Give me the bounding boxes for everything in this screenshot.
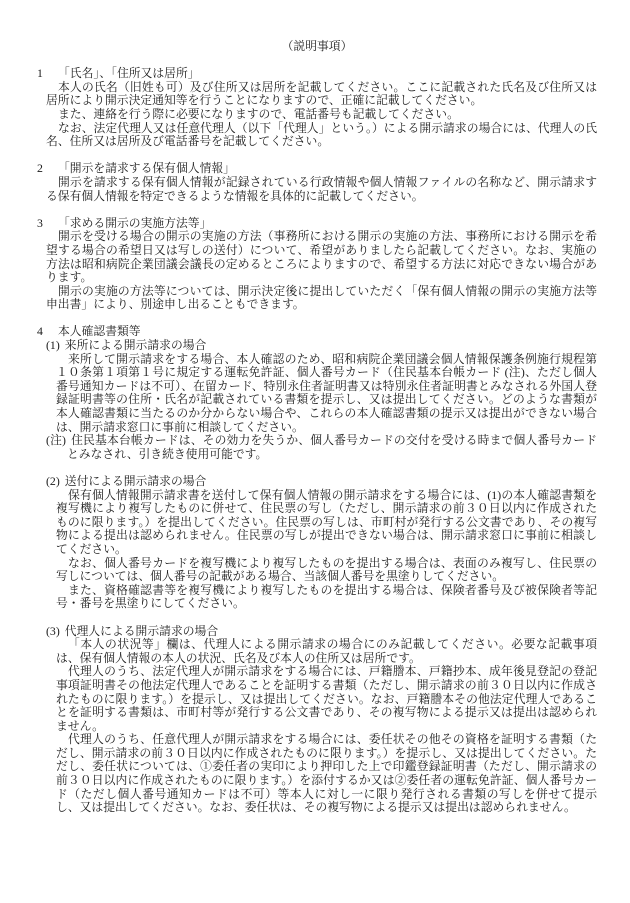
note: (注)住民基本台帳カードは、その効力を失うか、個人番号カードの交付を受ける時まで… bbox=[46, 434, 597, 461]
section-number: 4 bbox=[37, 325, 58, 339]
section-heading-text: 「開示を請求する保有個人情報」 bbox=[58, 161, 235, 175]
section-heading-text: 「氏名」、「住所又は居所」 bbox=[58, 66, 200, 80]
page-title: （説明事項） bbox=[37, 40, 597, 54]
paragraph: 保有個人情報開示請求書を送付して保有個人情報の開示請求をする場合には、(1)の本… bbox=[56, 489, 597, 557]
section-number: 2 bbox=[37, 162, 58, 176]
subsection-label: (3) bbox=[46, 624, 60, 638]
section-4-heading: 4本人確認書類等 bbox=[37, 325, 597, 339]
subsection-2-heading: (2)送付による開示請求の場合 bbox=[46, 475, 597, 489]
paragraph: 開示を受ける場合の開示の実施の方法（事務所における開示の実施の方法、事務所におけ… bbox=[46, 230, 597, 284]
section-4: 4本人確認書類等 (1)来所による開示請求の場合 来所して開示請求をする場合、本… bbox=[37, 325, 597, 814]
document-page: （説明事項） 1「氏名」、「住所又は居所」 本人の氏名（旧姓も可）及び住所又は居… bbox=[0, 0, 630, 903]
subsection-1-heading: (1)来所による開示請求の場合 bbox=[46, 339, 597, 353]
subsection-label: (1) bbox=[46, 338, 60, 352]
paragraph: なお、法定代理人又は任意代理人（以下「代理人」という。）による開示請求の場合には… bbox=[46, 122, 597, 149]
subsection-2: (2)送付による開示請求の場合 保有個人情報開示請求書を送付して保有個人情報の開… bbox=[37, 475, 597, 611]
subsection-heading-text: 送付による開示請求の場合 bbox=[65, 474, 207, 488]
subsection-1: (1)来所による開示請求の場合 来所して開示請求をする場合、本人確認のため、昭和… bbox=[37, 339, 597, 461]
section-1-heading: 1「氏名」、「住所又は居所」 bbox=[37, 67, 597, 81]
section-2: 2「開示を請求する保有個人情報」 開示を請求する保有個人情報が記録されている行政… bbox=[37, 162, 597, 203]
paragraph: 代理人のうち、任意代理人が開示請求をする場合には、委任状その他その資格を証明する… bbox=[56, 733, 597, 815]
section-number: 1 bbox=[37, 67, 58, 81]
subsection-3: (3)代理人による開示請求の場合 「本人の状況等」欄は、代理人による開示請求の場… bbox=[37, 625, 597, 815]
paragraph: 本人の氏名（旧姓も可）及び住所又は居所を記載してください。ここに記載された氏名及… bbox=[46, 81, 597, 108]
subsection-heading-text: 代理人による開示請求の場合 bbox=[65, 624, 218, 638]
section-3: 3「求める開示の実施方法等」 開示を受ける場合の開示の実施の方法（事務所における… bbox=[37, 217, 597, 312]
section-heading-text: 「求める開示の実施方法等」 bbox=[58, 216, 211, 230]
section-number: 3 bbox=[37, 217, 58, 231]
paragraph: なお、個人番号カードを複写機により複写したものを提出する場合は、表面のみ複写し、… bbox=[56, 557, 597, 584]
paragraph: 開示を請求する保有個人情報が記録されている行政情報や個人情報ファイルの名称など、… bbox=[46, 176, 597, 203]
section-2-heading: 2「開示を請求する保有個人情報」 bbox=[37, 162, 597, 176]
paragraph: また、連絡を行う際に必要になりますので、電話番号も記載してください。 bbox=[46, 108, 597, 122]
note-label: (注) bbox=[46, 433, 66, 447]
paragraph: 開示の実施の方法等については、開示決定後に提出していただく「保有個人情報の開示の… bbox=[46, 285, 597, 312]
subsection-heading-text: 来所による開示請求の場合 bbox=[65, 338, 207, 352]
section-1: 1「氏名」、「住所又は居所」 本人の氏名（旧姓も可）及び住所又は居所を記載してく… bbox=[37, 67, 597, 149]
subsection-3-heading: (3)代理人による開示請求の場合 bbox=[46, 625, 597, 639]
subsection-label: (2) bbox=[46, 474, 60, 488]
paragraph: また、資格確認書等を複写機により複写したものを提出する場合は、保険者番号及び被保… bbox=[56, 584, 597, 611]
paragraph: 代理人のうち、法定代理人が開示請求をする場合には、戸籍謄本、戸籍抄本、成年後見登… bbox=[56, 665, 597, 733]
section-3-heading: 3「求める開示の実施方法等」 bbox=[37, 217, 597, 231]
paragraph: 来所して開示請求をする場合、本人確認のため、昭和病院企業団議会個人情報保護条例施… bbox=[56, 353, 597, 435]
section-heading-text: 本人確認書類等 bbox=[58, 324, 141, 338]
note-text: 住民基本台帳カードは、その効力を失うか、個人番号カードの交付を受ける時まで個人番… bbox=[67, 433, 597, 461]
paragraph: 「本人の状況等」欄は、代理人による開示請求の場合にのみ記載してください。必要な記… bbox=[56, 638, 597, 665]
